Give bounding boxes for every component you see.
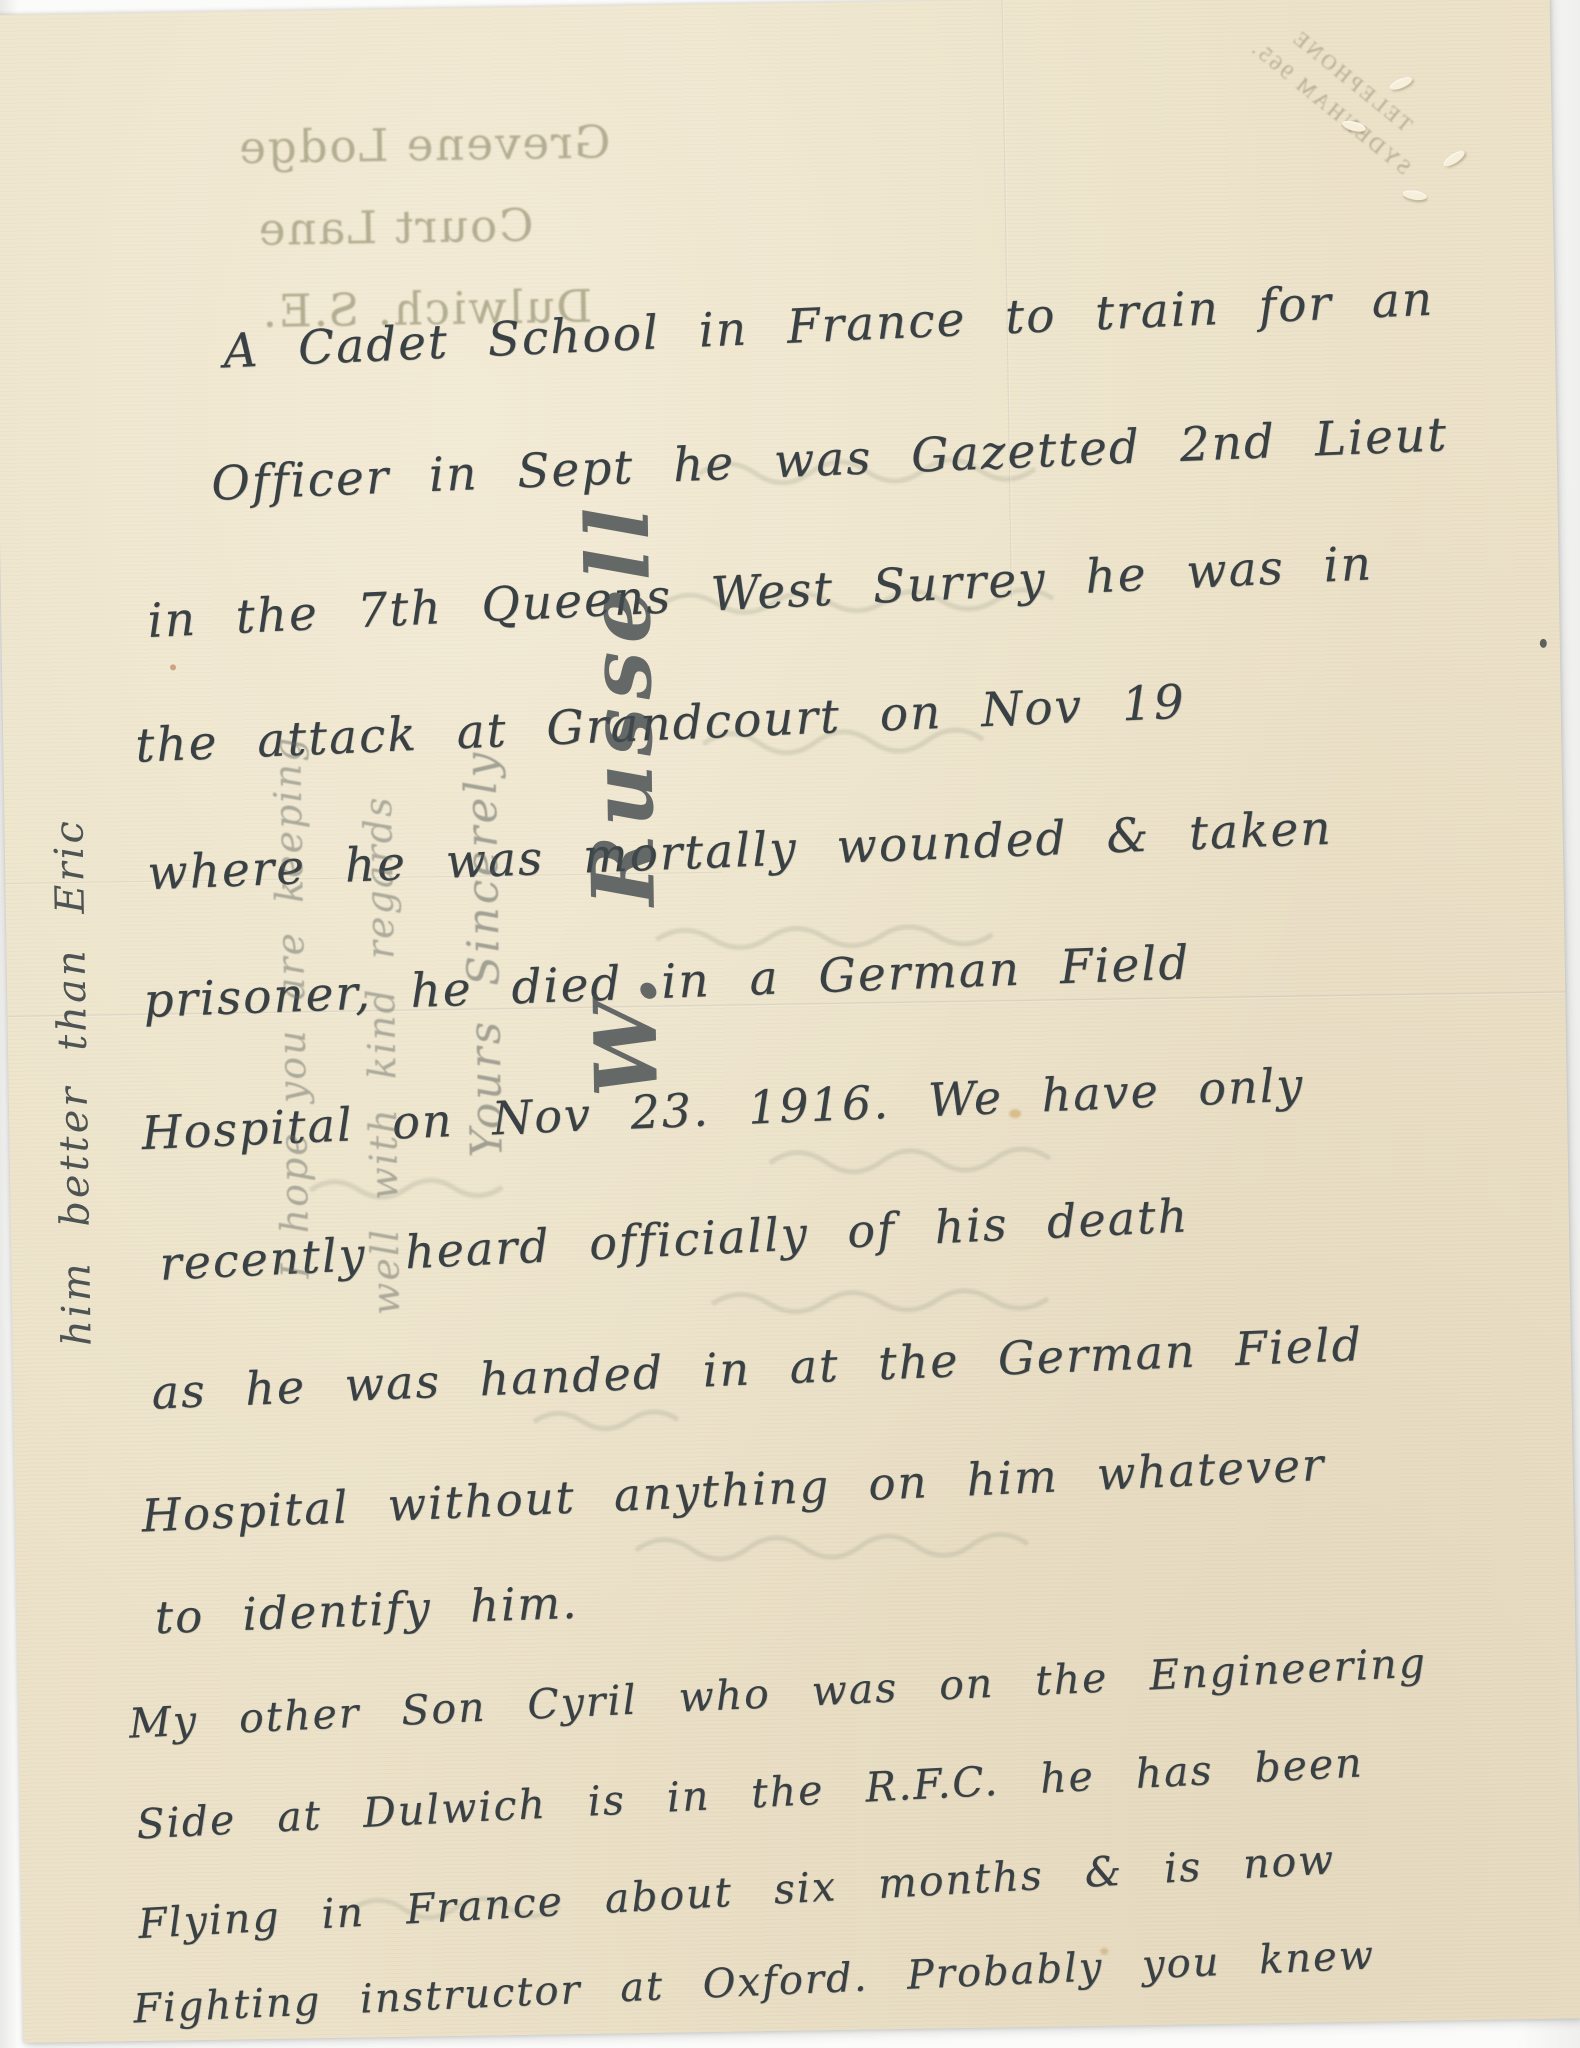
scanned-letter: Grevene Lodge Court Lane Dulwich. S.E. T… — [0, 0, 1580, 2048]
closing-line-vertical: well with kind regards — [356, 795, 408, 1315]
ink-speck — [1540, 639, 1547, 648]
closing-line-vertical: Yours Sincerely — [455, 749, 512, 1158]
letter-paper: Grevene Lodge Court Lane Dulwich. S.E. T… — [0, 0, 1580, 2043]
closing-line-vertical: I hope you are keeping — [265, 735, 318, 1279]
signature-vertical: W. Russell — [567, 499, 677, 1098]
paper-stain — [170, 664, 176, 670]
margin-note-vertical: him better than Eric — [46, 818, 100, 1346]
